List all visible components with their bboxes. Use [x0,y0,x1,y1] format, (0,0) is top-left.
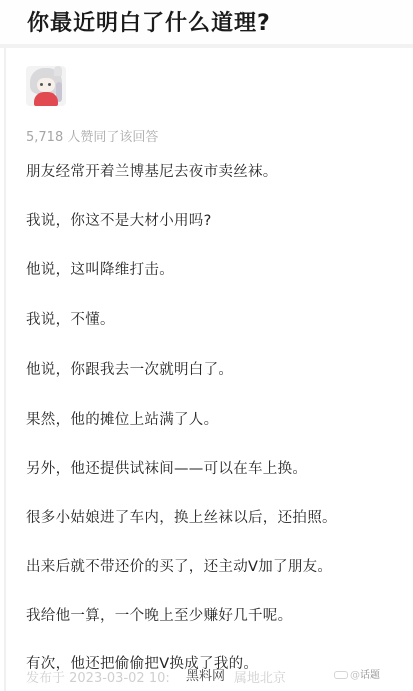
watermark-badge: 话题 [360,670,380,681]
answer-paragraph: 另外，他还提供试袜间——可以在车上换。 [26,457,307,478]
answer-paragraph: 朋友经常开着兰博基尼去夜市卖丝袜。 [26,160,278,181]
watermark-logo-icon [334,671,348,679]
answer-paragraph: 他说，这叫降维打击。 [26,258,174,279]
watermark-right: @话题 [334,666,380,681]
question-header: 你最近明白了什么道理? [0,0,413,44]
answer-paragraph: 我给他一算，一个晚上至少赚好几千呢。 [26,604,292,625]
answer-paragraph: 我说，不懂。 [26,308,115,329]
answer-paragraph: 很多小姑娘进了车内，换上丝袜以后，还拍照。 [26,506,337,527]
publish-meta: 发布于 2023-03-02 10: 属地北京 [26,667,286,686]
answer-paragraph: 我说，你这不是大材小用吗? [26,209,212,230]
watermark-center: 黑料网 [186,665,225,684]
answer-paragraph: 出来后就不带还价的买了，还主动V加了朋友。 [26,555,332,576]
vote-count: 5,718 人赞同了该回答 [26,126,158,145]
ip-location: 属地北京 [234,671,286,686]
avatar[interactable] [26,66,66,106]
answer-paragraph: 果然，他的摊位上站满了人。 [26,408,218,429]
publish-date: 发布于 2023-03-02 10: [26,671,170,686]
answer-paragraph: 他说，你跟我去一次就明白了。 [26,358,233,379]
question-title[interactable]: 你最近明白了什么道理? [27,6,271,37]
